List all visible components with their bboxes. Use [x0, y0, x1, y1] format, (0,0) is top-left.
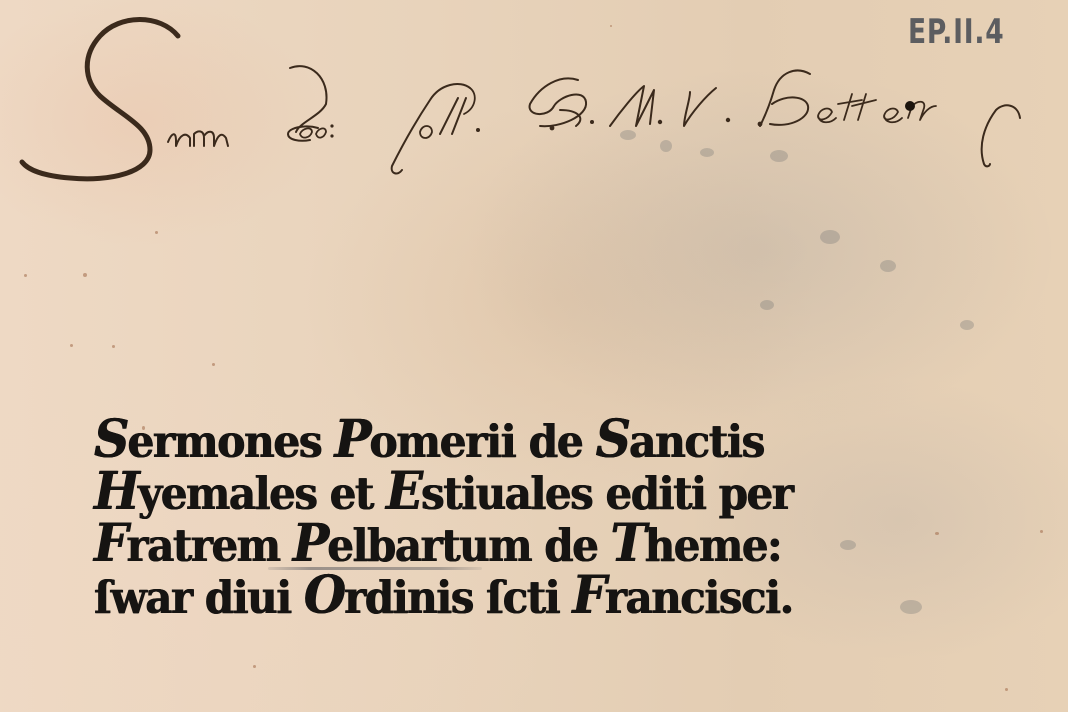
- pencil-underline: [268, 567, 482, 570]
- ownership-inscription: Sum Ecc. Coll. B.M.V. Betten: [0, 0, 1068, 200]
- initial-capital: O: [304, 565, 344, 626]
- title-text: ratrem: [126, 519, 292, 572]
- initial-capital: P: [335, 409, 370, 470]
- title-text: stiuales editi per: [421, 467, 792, 520]
- document-page: EP.II.4 Sum Ecc. Coll. B.M.V. Betten: [0, 0, 1068, 712]
- title-text: yemales et: [138, 467, 386, 520]
- title-line-4: ſwar diui Ordinis ſcti Francisci.: [94, 570, 764, 622]
- initial-capital: S: [596, 409, 629, 470]
- handwriting-strokes: [0, 0, 1068, 200]
- title-text: rancisci.: [605, 571, 793, 624]
- initial-capital: F: [94, 513, 126, 574]
- initial-capital: T: [611, 513, 645, 574]
- title-text: heme:: [645, 519, 781, 572]
- title-line-2: Hyemales et Estiuales editi per: [94, 466, 764, 518]
- title-text: ermones: [127, 415, 334, 468]
- initial-capital: F: [572, 565, 604, 626]
- title-text: elbartum de: [327, 519, 610, 572]
- title-text: ſwar diui: [94, 571, 304, 624]
- title-line-3: Fratrem Pelbartum de Theme:: [94, 518, 764, 570]
- title-line-1: Sermones Pomerii de Sanctis: [94, 414, 771, 466]
- initial-capital: E: [386, 461, 421, 522]
- printed-title: Sermones Pomerii de Sanctis Hyemales et …: [94, 414, 814, 622]
- title-text: anctis: [629, 415, 764, 468]
- title-text: rdinis ſcti: [344, 571, 572, 624]
